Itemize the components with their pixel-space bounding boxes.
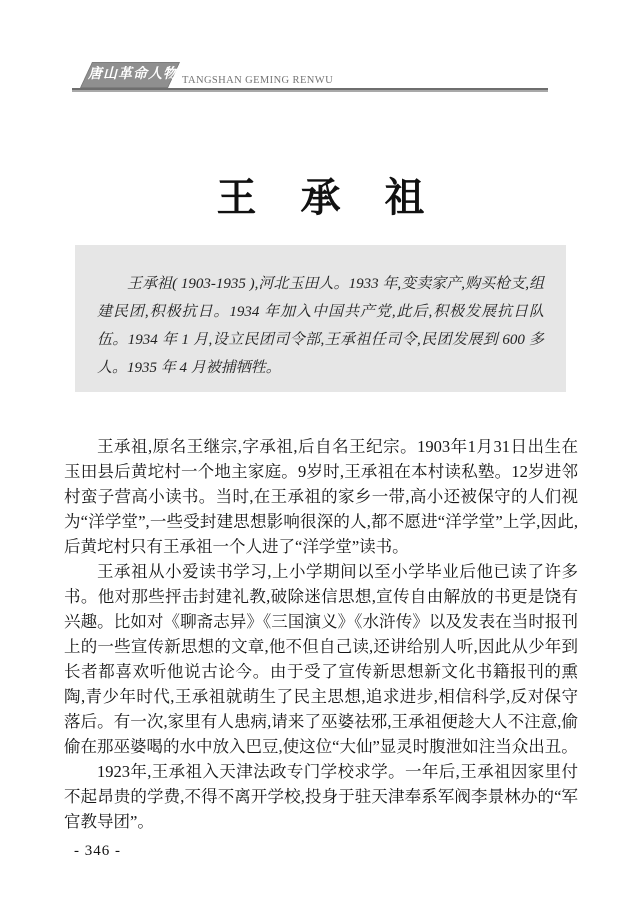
article-title: 王 承 祖 [0, 166, 643, 223]
article-body: 王承祖,原名王继宗,字承祖,后自名王纪宗。1903年1月31日出生在玉田县后黄坨… [64, 434, 578, 834]
series-title: 唐山革命人物 [87, 63, 179, 87]
summary-text: 王承祖( 1903-1935 ),河北玉田人。1933 年,变卖家产,购买枪支,… [97, 270, 544, 382]
body-paragraph-1: 王承祖,原名王继宗,字承祖,后自名王纪宗。1903年1月31日出生在玉田县后黄坨… [64, 434, 578, 559]
summary-box: 王承祖( 1903-1935 ),河北玉田人。1933 年,变卖家产,购买枪支,… [75, 245, 566, 392]
page-number: - 346 - [74, 843, 121, 860]
series-title-latin: TANGSHAN GEMING RENWU [182, 75, 333, 86]
header-rule [72, 88, 548, 92]
book-page: 唐山革命人物 TANGSHAN GEMING RENWU 王 承 祖 王承祖( … [0, 0, 643, 908]
body-paragraph-2: 王承祖从小爱读书学习,上小学期间以至小学毕业后他已读了许多书。他对那些抨击封建礼… [64, 559, 578, 759]
body-paragraph-3: 1923年,王承祖入天津法政专门学校求学。一年后,王承祖因家里付不起昂贵的学费,… [64, 759, 578, 834]
